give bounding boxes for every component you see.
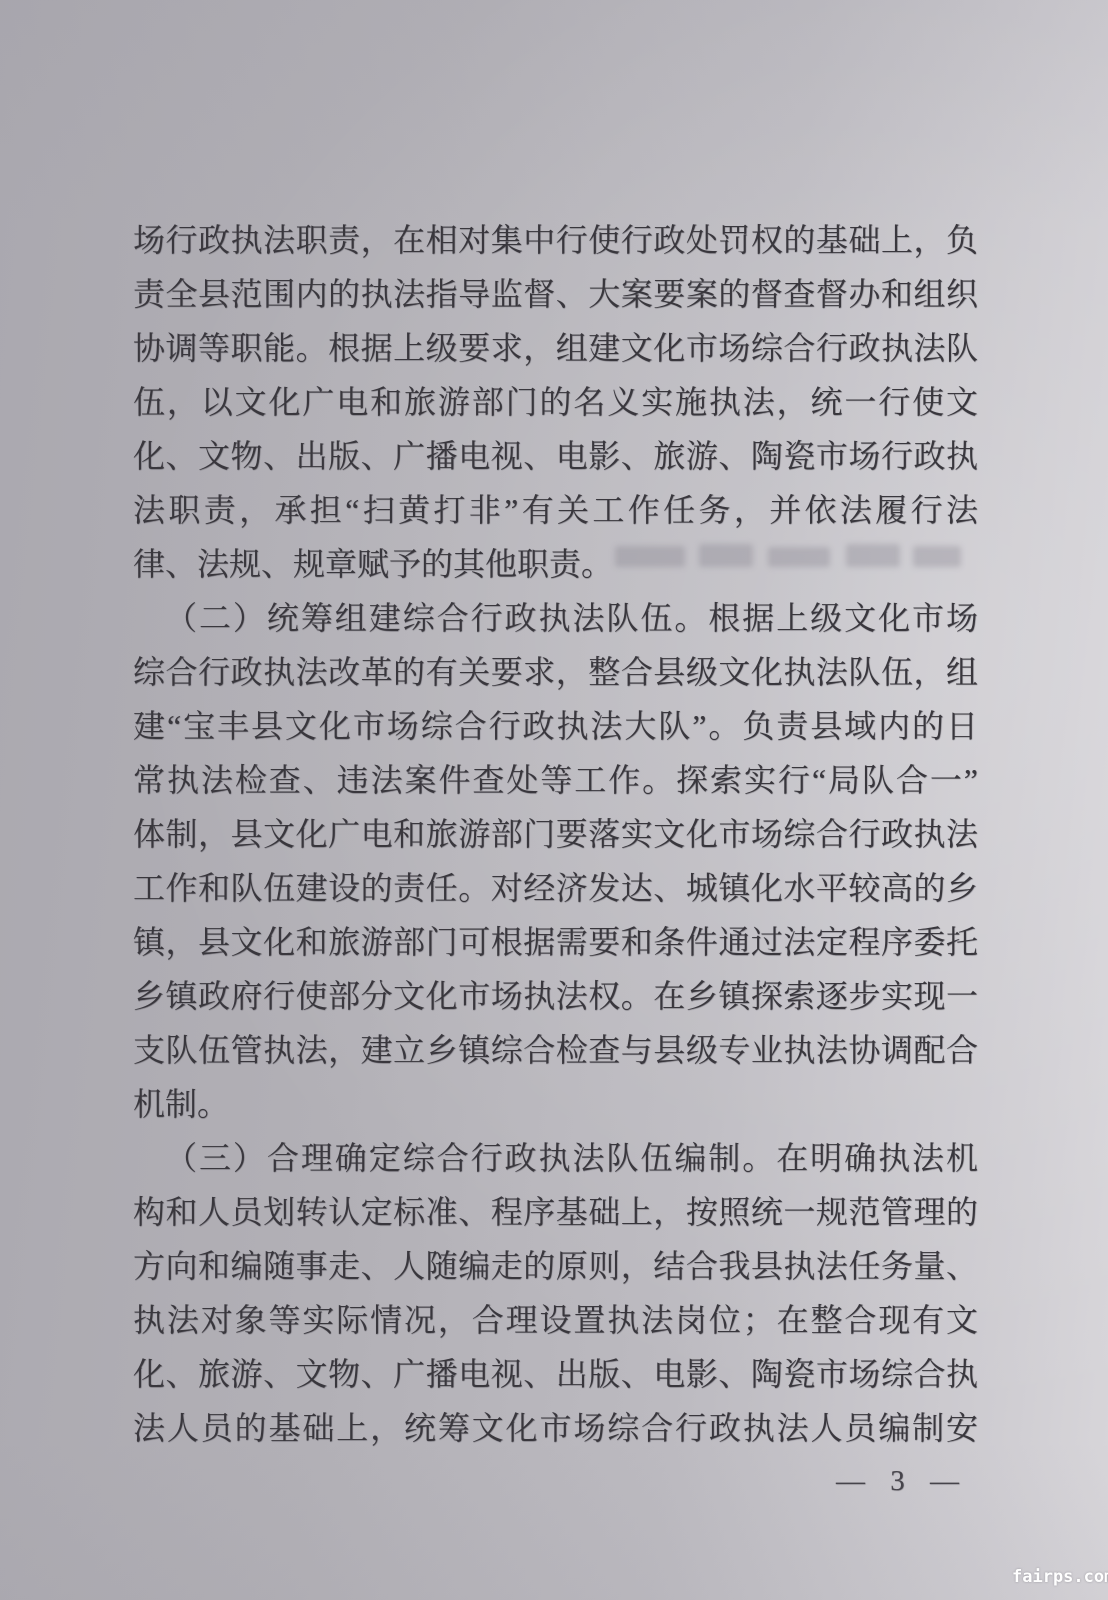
text-line: 协调等职能。根据上级要求，组建文化市场综合行政执法队 (133, 321, 978, 375)
text-line: 综合行政执法改革的有关要求，整合县级文化执法队伍，组 (133, 645, 978, 699)
text-line: 体制，县文化广电和旅游部门要落实文化市场综合行政执法 (133, 807, 978, 861)
bleedthrough-smudge (913, 546, 961, 567)
text-line: 化、旅游、文物、广播电视、出版、电影、陶瓷市场综合执 (133, 1347, 978, 1401)
text-line: 法人员的基础上，统筹文化市场综合行政执法人员编制安 (133, 1401, 978, 1455)
text-line: 支队伍管执法，建立乡镇综合检查与县级专业执法协调配合 (133, 1023, 978, 1077)
text-line: 镇，县文化和旅游部门可根据需要和条件通过法定程序委托 (133, 915, 978, 969)
document-page: 场行政执法职责，在相对集中行使行政处罚权的基础上，负 责全县范围内的执法指导监督… (0, 0, 1108, 1600)
text-line: 执法对象等实际情况，合理设置执法岗位；在整合现有文 (133, 1293, 978, 1347)
body-text: 场行政执法职责，在相对集中行使行政处罚权的基础上，负 责全县范围内的执法指导监督… (133, 213, 978, 1455)
text-line: 化、文物、出版、广播电视、电影、旅游、陶瓷市场行政执 (133, 429, 978, 483)
text-line: 乡镇政府行使部分文化市场执法权。在乡镇探索逐步实现一 (133, 969, 978, 1023)
text-line: 场行政执法职责，在相对集中行使行政处罚权的基础上，负 (133, 213, 978, 267)
watermark: fairps.com (1012, 1567, 1108, 1587)
text-line: 法职责，承担“扫黄打非”有关工作任务，并依法履行法 (133, 483, 978, 537)
text-line: 构和人员划转认定标准、程序基础上，按照统一规范管理的 (133, 1185, 978, 1239)
bleedthrough-smudge (768, 547, 830, 567)
text-line: 常执法检查、违法案件查处等工作。探索实行“局队合一” (133, 753, 978, 807)
text-line: 机制。 (133, 1077, 978, 1131)
text-line: 责全县范围内的执法指导监督、大案要案的督查督办和组织 (133, 267, 978, 321)
text-line: （三）合理确定综合行政执法队伍编制。在明确执法机 (133, 1131, 978, 1185)
text-line: 建“宝丰县文化市场综合行政执法大队”。负责县域内的日 (133, 699, 978, 753)
bleedthrough-smudge (615, 546, 685, 567)
text-line: 工作和队伍建设的责任。对经济发达、城镇化水平较高的乡 (133, 861, 978, 915)
bleedthrough-smudge (846, 544, 900, 567)
text-line: （二）统筹组建综合行政执法队伍。根据上级文化市场 (133, 591, 978, 645)
text-line: 伍，以文化广电和旅游部门的名义实施执法，统一行使文 (133, 375, 978, 429)
text-line: 方向和编随事走、人随编走的原则，结合我县执法任务量、 (133, 1239, 978, 1293)
bleedthrough-smudge (699, 544, 753, 567)
page-number: — 3 — (822, 1459, 982, 1503)
